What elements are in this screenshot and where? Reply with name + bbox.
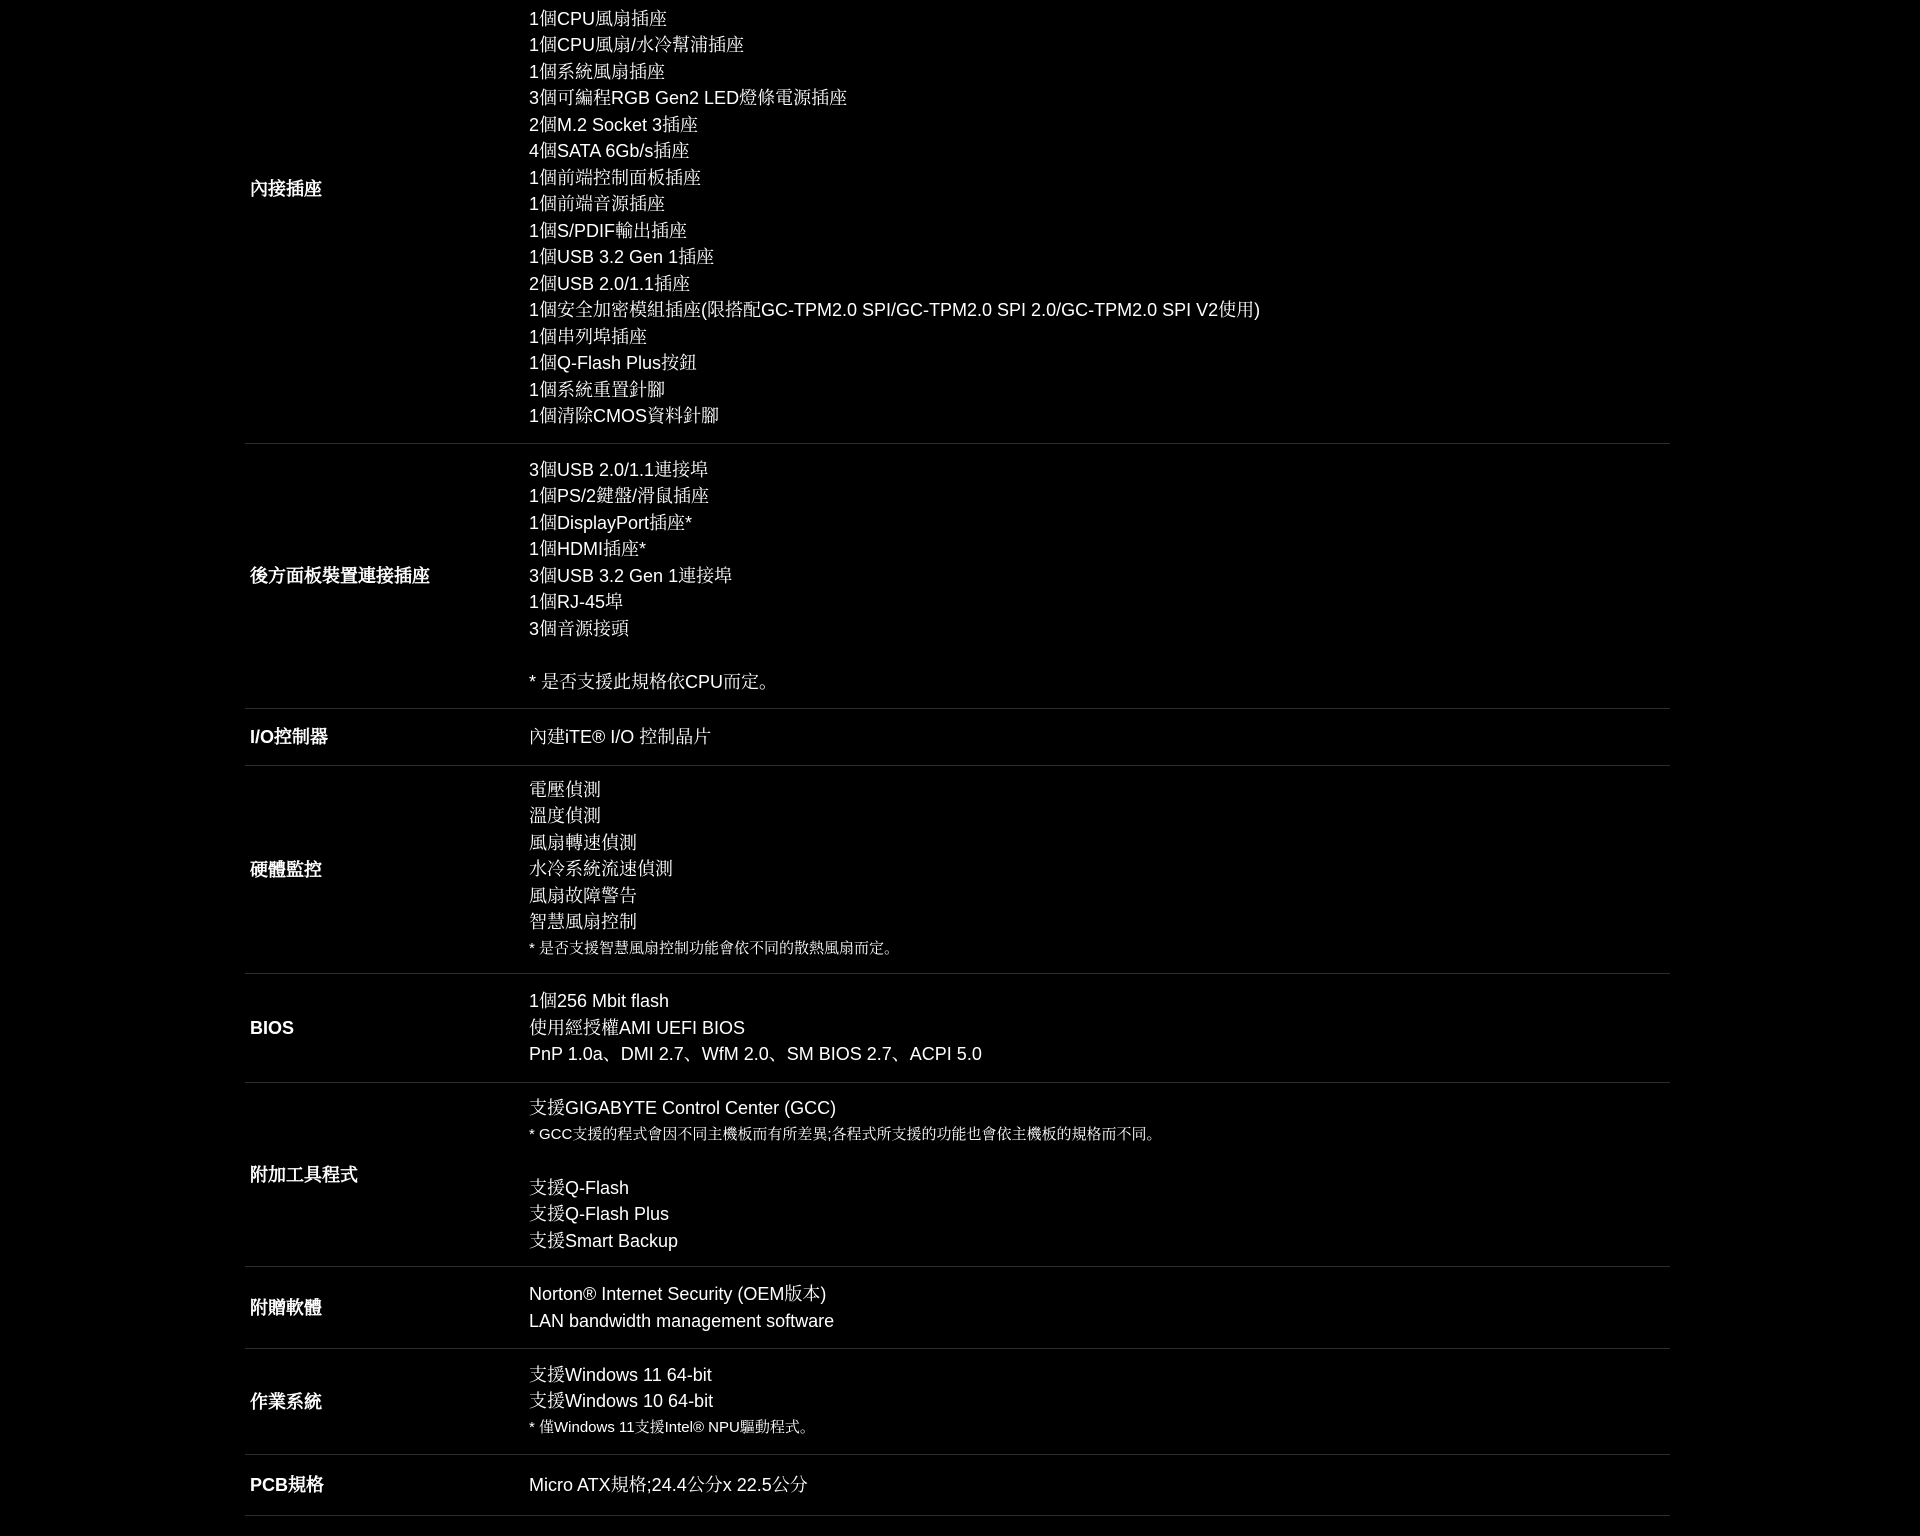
spec-line: 1個清除CMOS資料針腳 [529, 403, 1670, 430]
spec-row-pcb-form-factor: PCB規格Micro ATX規格;24.4公分x 22.5公分 [245, 1455, 1670, 1516]
spec-line: 1個256 Mbit flash [529, 988, 1670, 1015]
spec-line: 1個安全加密模組插座(限搭配GC-TPM2.0 SPI/GC-TPM2.0 SP… [529, 297, 1670, 324]
spec-line: 4個SATA 6Gb/s插座 [529, 138, 1670, 165]
spec-value-bundled-software: Norton® Internet Security (OEM版本)LAN ban… [529, 1281, 1670, 1334]
spec-label-bundled-software: 附贈軟體 [245, 1296, 529, 1320]
spec-line: 3個USB 3.2 Gen 1連接埠 [529, 563, 1670, 590]
spec-line: 溫度偵測 [529, 803, 1670, 830]
spec-label-back-panel-connectors: 後方面板裝置連接插座 [245, 564, 529, 588]
spec-line: PnP 1.0a、DMI 2.7、WfM 2.0、SM BIOS 2.7、ACP… [529, 1041, 1670, 1068]
spec-line: 支援Q-Flash [529, 1175, 1670, 1202]
spec-line: LAN bandwidth management software [529, 1308, 1670, 1335]
spec-label-bios: BIOS [245, 1016, 529, 1040]
spec-label-bundled-utilities: 附加工具程式 [245, 1163, 529, 1187]
spec-row-bundled-utilities: 附加工具程式支援GIGABYTE Control Center (GCC)* G… [245, 1083, 1670, 1267]
spec-line: 3個可編程RGB Gen2 LED燈條電源插座 [529, 85, 1670, 112]
spec-line: 電壓偵測 [529, 777, 1670, 804]
spec-table: 內接插座1個ATX 12V電源插座1個CPU風扇插座1個CPU風扇/水冷幫浦插座… [245, 0, 1670, 1516]
spec-value-pcb-form-factor: Micro ATX規格;24.4公分x 22.5公分 [529, 1472, 1670, 1499]
spec-line: 支援Windows 11 64-bit [529, 1362, 1670, 1389]
spec-value-operating-system: 支援Windows 11 64-bit支援Windows 10 64-bit* … [529, 1362, 1670, 1442]
spec-line: 1個Q-Flash Plus按鈕 [529, 350, 1670, 377]
spec-line: 1個CPU風扇插座 [529, 6, 1670, 33]
spec-line: 水冷系統流速偵測 [529, 856, 1670, 883]
spec-line: 1個CPU風扇/水冷幫浦插座 [529, 32, 1670, 59]
spec-line: 3個USB 2.0/1.1連接埠 [529, 457, 1670, 484]
spec-line: 1個前端音源插座 [529, 191, 1670, 218]
spec-value-bios: 1個256 Mbit flash使用經授權AMI UEFI BIOSPnP 1.… [529, 988, 1670, 1068]
spec-row-back-panel-connectors: 後方面板裝置連接插座3個USB 2.0/1.1連接埠1個PS/2鍵盤/滑鼠插座1… [245, 444, 1670, 709]
spec-line: 支援Smart Backup [529, 1228, 1670, 1255]
spec-value-hardware-monitor: 電壓偵測溫度偵測風扇轉速偵測水冷系統流速偵測風扇故障警告智慧風扇控制* 是否支援… [529, 777, 1670, 963]
spec-row-internal-connectors: 內接插座1個ATX 12V電源插座1個CPU風扇插座1個CPU風扇/水冷幫浦插座… [245, 0, 1670, 444]
spec-line: 1個串列埠插座 [529, 324, 1670, 351]
spec-line: * 是否支援此規格依CPU而定。 [529, 669, 1670, 696]
spec-label-internal-connectors: 內接插座 [245, 177, 529, 201]
spec-line-spacer [529, 1148, 1670, 1175]
spec-row-operating-system: 作業系統支援Windows 11 64-bit支援Windows 10 64-b… [245, 1349, 1670, 1455]
spec-line: 智慧風扇控制 [529, 909, 1670, 936]
spec-line: 1個RJ-45埠 [529, 589, 1670, 616]
spec-line: 1個前端控制面板插座 [529, 165, 1670, 192]
spec-line: 1個DisplayPort插座* [529, 510, 1670, 537]
spec-row-io-controller: I/O控制器內建iTE® I/O 控制晶片 [245, 709, 1670, 766]
spec-value-bundled-utilities: 支援GIGABYTE Control Center (GCC)* GCC支援的程… [529, 1095, 1670, 1254]
spec-line: 2個M.2 Socket 3插座 [529, 112, 1670, 139]
spec-line: Norton® Internet Security (OEM版本) [529, 1281, 1670, 1308]
spec-row-hardware-monitor: 硬體監控電壓偵測溫度偵測風扇轉速偵測水冷系統流速偵測風扇故障警告智慧風扇控制* … [245, 766, 1670, 974]
spec-line: 風扇故障警告 [529, 883, 1670, 910]
spec-line: 支援Windows 10 64-bit [529, 1388, 1670, 1415]
spec-label-hardware-monitor: 硬體監控 [245, 858, 529, 882]
spec-line-spacer [529, 642, 1670, 669]
spec-value-internal-connectors: 1個ATX 12V電源插座1個CPU風扇插座1個CPU風扇/水冷幫浦插座1個系統… [529, 0, 1670, 430]
spec-line: 1個S/PDIF輸出插座 [529, 218, 1670, 245]
spec-label-pcb-form-factor: PCB規格 [245, 1473, 529, 1497]
spec-label-io-controller: I/O控制器 [245, 725, 529, 749]
spec-line: 1個PS/2鍵盤/滑鼠插座 [529, 483, 1670, 510]
spec-line: * 是否支援智慧風扇控制功能會依不同的散熱風扇而定。 [529, 936, 1670, 963]
spec-line: 內建iTE® I/O 控制晶片 [529, 724, 1670, 751]
spec-line: 2個USB 2.0/1.1插座 [529, 271, 1670, 298]
spec-row-bundled-software: 附贈軟體Norton® Internet Security (OEM版本)LAN… [245, 1267, 1670, 1349]
spec-line: 1個HDMI插座* [529, 536, 1670, 563]
spec-line: 支援GIGABYTE Control Center (GCC) [529, 1095, 1670, 1122]
spec-line: 風扇轉速偵測 [529, 830, 1670, 857]
spec-line: * 僅Windows 11支援Intel® NPU驅動程式。 [529, 1415, 1670, 1442]
spec-value-back-panel-connectors: 3個USB 2.0/1.1連接埠1個PS/2鍵盤/滑鼠插座1個DisplayPo… [529, 457, 1670, 696]
spec-value-io-controller: 內建iTE® I/O 控制晶片 [529, 724, 1670, 751]
spec-line: 1個USB 3.2 Gen 1插座 [529, 244, 1670, 271]
spec-line: 3個音源接頭 [529, 616, 1670, 643]
spec-line: 支援Q-Flash Plus [529, 1201, 1670, 1228]
spec-line: * GCC支援的程式會因不同主機板而有所差異;各程式所支援的功能也會依主機板的規… [529, 1122, 1670, 1149]
spec-line: Micro ATX規格;24.4公分x 22.5公分 [529, 1472, 1670, 1499]
spec-line: 1個系統重置針腳 [529, 377, 1670, 404]
spec-label-operating-system: 作業系統 [245, 1390, 529, 1414]
spec-line: 使用經授權AMI UEFI BIOS [529, 1015, 1670, 1042]
spec-line: 1個系統風扇插座 [529, 59, 1670, 86]
spec-row-bios: BIOS1個256 Mbit flash使用經授權AMI UEFI BIOSPn… [245, 974, 1670, 1083]
